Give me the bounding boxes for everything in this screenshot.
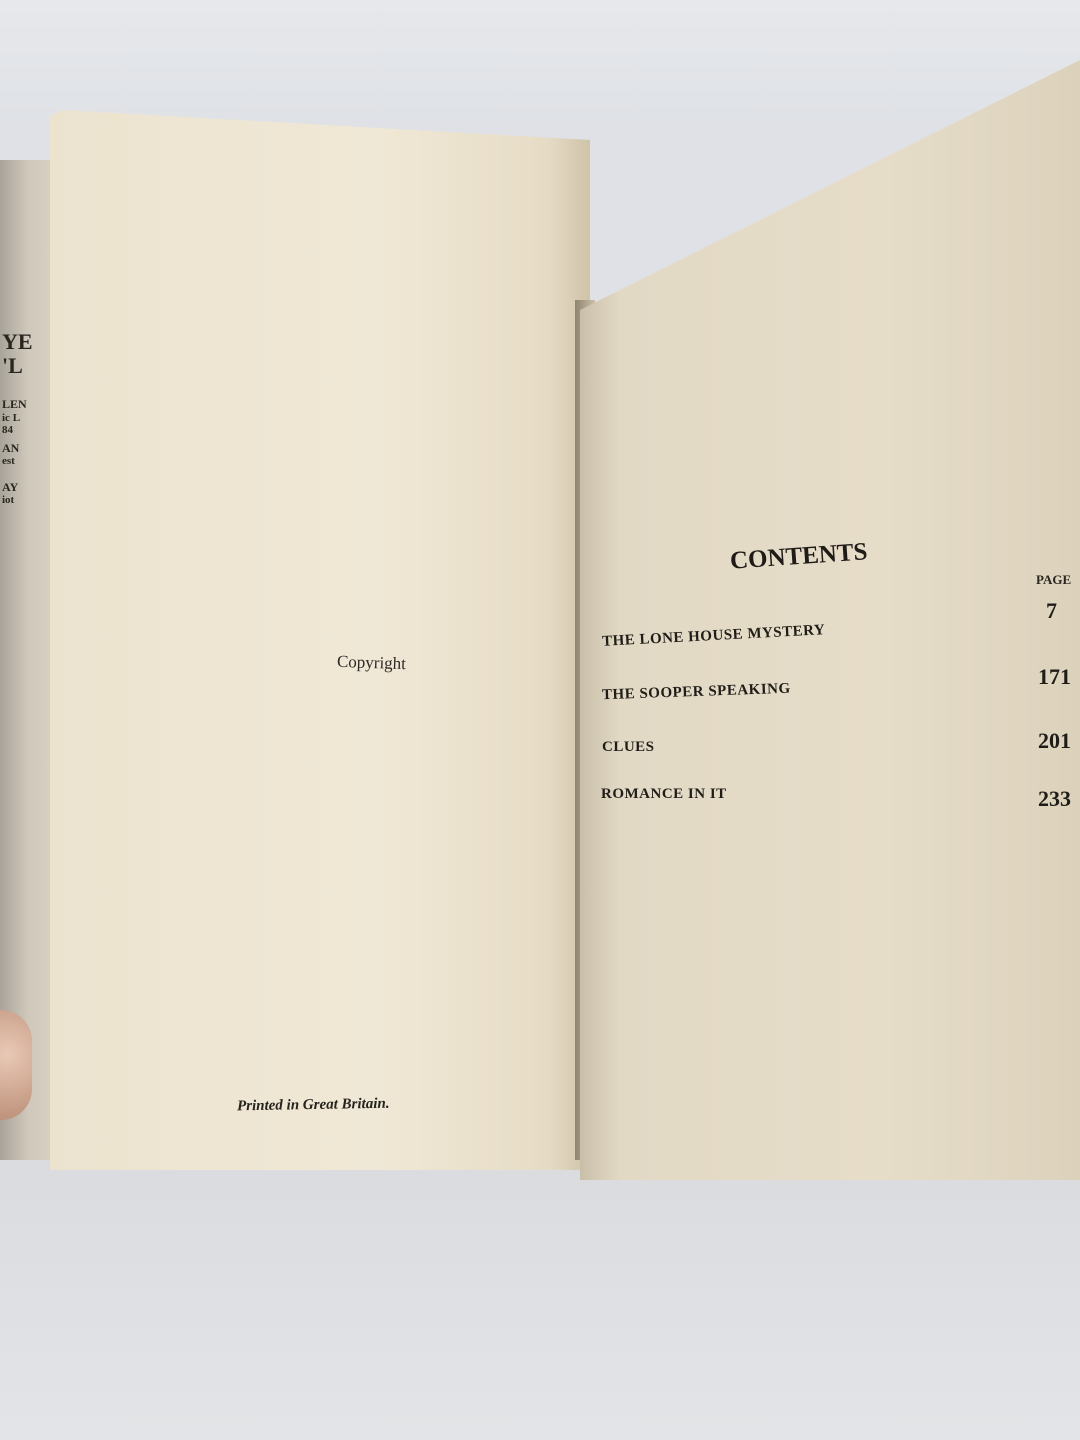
toc-entry-page: 201 [1038, 728, 1071, 754]
left-page [50, 110, 590, 1170]
toc-entry-page: 7 [1046, 598, 1057, 624]
back-text-line: LEN [2, 398, 42, 411]
back-text-line: 84 [2, 424, 42, 436]
back-text-line: ic L [2, 412, 42, 424]
back-text-line: 'L [2, 354, 42, 378]
background-wall [0, 0, 1080, 120]
toc-entry-title: ROMANCE IN IT [601, 786, 727, 803]
background-table [0, 1150, 1080, 1440]
back-page-text: YE 'L LEN ic L 84 AN est AY iot [2, 330, 42, 506]
right-page [580, 60, 1080, 1180]
page-column-header: PAGE [1036, 572, 1071, 588]
toc-entry-title: CLUES [602, 739, 655, 756]
thumb [0, 1010, 32, 1120]
back-text-line: AN [2, 442, 42, 455]
toc-entry-page: 171 [1038, 664, 1071, 690]
copyright-text: Copyright [337, 652, 407, 674]
toc-entry-page: 233 [1038, 786, 1071, 812]
printed-in-text: Printed in Great Britain. [237, 1096, 390, 1116]
back-text-line: YE [2, 330, 42, 354]
back-text-line: iot [2, 494, 42, 506]
back-text-line: est [2, 455, 42, 467]
back-text-line: AY [2, 481, 42, 494]
